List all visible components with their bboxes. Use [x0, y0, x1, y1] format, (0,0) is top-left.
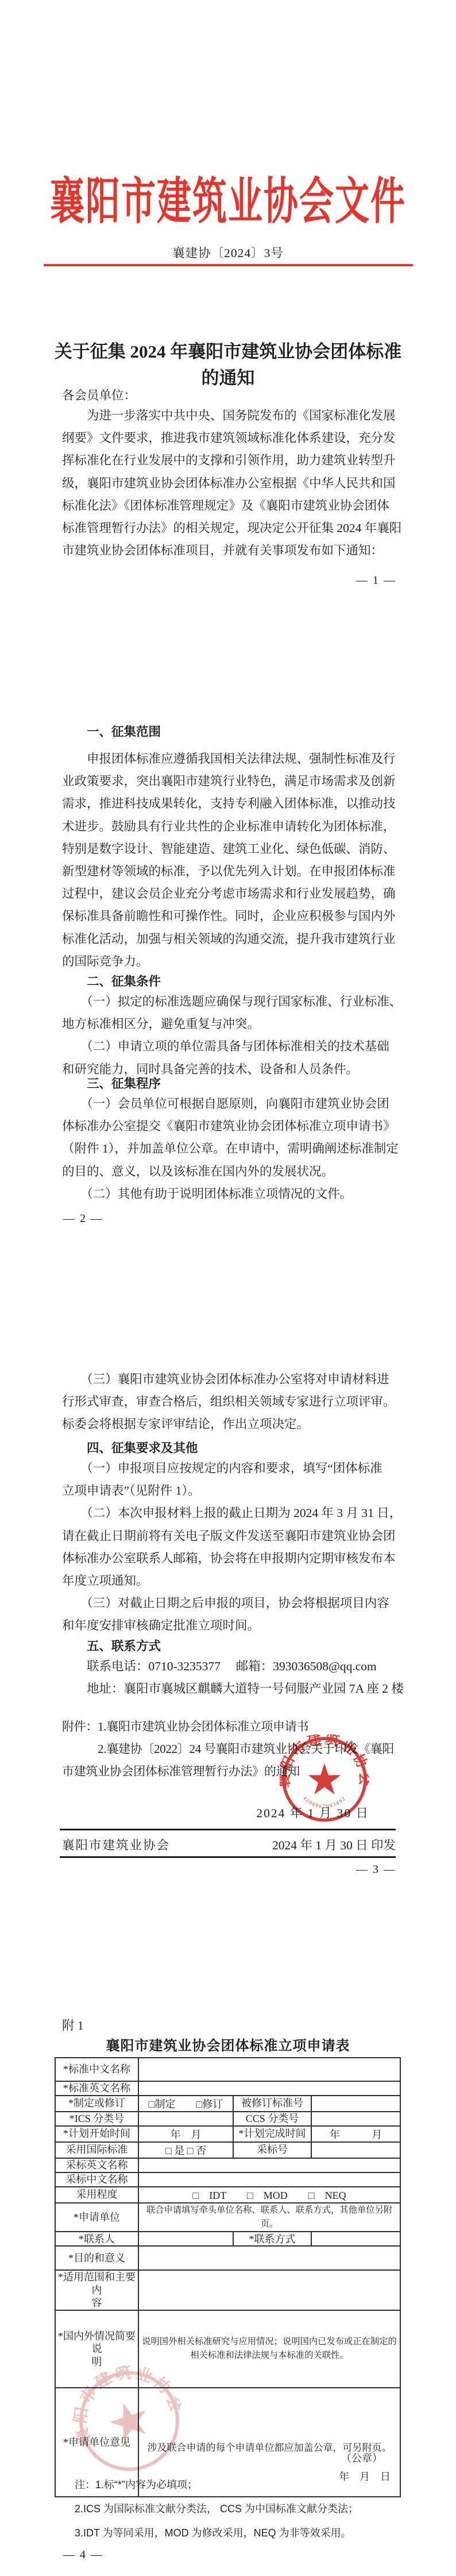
seal-placeholder: （公章）	[341, 2450, 382, 2465]
cell-cn-name-value	[138, 2058, 400, 2081]
text-line: 新型建材等领域的标准，予以优先列入计划。在申报团体标准	[62, 860, 407, 883]
text-line: 申报团体标准应遵循我国相关法律法规、强制性标准及行	[62, 748, 407, 770]
cell-adopt-cn-value	[138, 2172, 400, 2187]
row-ics-ccs: *ICS 分类号 CCS 分类号	[55, 2112, 400, 2126]
cell-intl-label: 采用国际标准	[55, 2142, 138, 2158]
cell-adopt-en-value	[138, 2158, 400, 2172]
text-line: 市建筑业协会团体标准项目，并就有关事项发布如下通知：	[62, 540, 407, 562]
section-5-heading: 五、联系方式	[87, 1636, 161, 1654]
cell-en-name-value	[138, 2081, 400, 2096]
text-line: 请在截止日期前将有关电子版文件发送至襄阳市建筑业协会团	[62, 1525, 407, 1547]
text-line: 为进一步落实中共中央、国务院发布的《国家标准化发展	[62, 405, 407, 427]
row-draft-or-revise: *制定或修订 □制定 □修订 被修订标准号	[55, 2096, 400, 2112]
cell-domestic-note: 说明国外相关标准研究与应用情况；说明国内已发布或正在制定的 相关标准和法律法规与…	[138, 2310, 400, 2388]
cell-adopt-en-label: 采标英文名称	[55, 2158, 138, 2172]
footnote-line: 注：1.标“*”内容为必填项；	[75, 2473, 358, 2497]
cell-start-label: *计划开始时间	[55, 2126, 138, 2142]
text-line: 挥标准化在行业发展中的支撑和引领作用，助力建筑业转型升	[62, 449, 407, 472]
cell-en-name-label: *标准英文名称	[55, 2081, 138, 2096]
text-line: 体标准办公室联系人邮箱，协会将在申报期内定期审核发布本	[62, 1547, 407, 1570]
form-title: 襄阳市建筑业协会团体标准立项申请表	[0, 2034, 456, 2054]
text-line: （一）会员单位可根据自愿原则，向襄阳市建筑业协会团	[62, 1093, 407, 1115]
stamp-code-text: 4206067093492	[302, 1795, 347, 1810]
cell-scope-value	[138, 2270, 400, 2310]
row-en-name: *标准英文名称	[55, 2081, 400, 2096]
text-line: （二）本次申报材料上报的截止日期为 2024 年 3 月 31 日，	[62, 1502, 407, 1524]
text-line: 和年度安排审核确定批准立项时间。	[62, 1615, 407, 1637]
colophon-issue-info: 2024 年 1 月 30 日 印发	[60, 1836, 396, 1853]
cell-purpose-value	[138, 2246, 400, 2270]
faint-stamp-star-icon	[105, 2397, 153, 2443]
document-title: 关于征集 2024 年襄阳市建筑业协会团体标准 的通知	[0, 339, 456, 391]
row-applicant: *申请单位 联合申请填写牵头单位名称、联系人、联系方式，其他单位另附页。	[55, 2203, 400, 2232]
cell-applicant-note: 联合申请填写牵头单位名称、联系人、联系方式，其他单位另附页。	[138, 2203, 400, 2232]
form-footnotes: 注：1.标“*”内容为必填项；2.ICS 为国际标准文献分类法， CCS 为中国…	[75, 2473, 358, 2545]
text-line: 需求，推进科技成果转化，支持专利融入团体标准，以推动技	[62, 793, 407, 815]
document-title-line1: 关于征集 2024 年襄阳市建筑业协会团体标准	[0, 339, 456, 365]
section-2-body: （一）拟定的标准选题应确保与现行国家标准、行业标准、地方标准相区分，避免重复与冲…	[62, 991, 407, 1081]
cell-draft-label: *制定或修订	[55, 2096, 138, 2112]
text-line: 业政策要求，突出襄阳市建筑行业特色，满足市场需求及创新	[62, 770, 407, 793]
text-line: 标准管理暂行办法》的相关规定，现决定公开征集 2024 年襄阳	[62, 517, 407, 540]
text-line: （附件 1），并加盖单位公章。在申请中，需明确阐述标准制定	[62, 1138, 407, 1160]
text-line: 的目的、意义，以及该标准在国内外的发展状况。	[62, 1161, 407, 1183]
letterhead-org-title: 襄阳市建筑业协会文件	[0, 162, 456, 234]
cell-draft-options: □制定 □修订	[138, 2096, 233, 2112]
cell-applicant-label: *申请单位	[55, 2203, 138, 2232]
cell-degree-options: □ IDT □ MOD □ NEQ	[138, 2187, 400, 2203]
row-contact: *联系人 *联系方式	[55, 2232, 400, 2246]
cell-intl-options: □ 是 □ 否	[138, 2142, 233, 2158]
text-line: 的国际竞争力。	[62, 951, 407, 973]
footnote-line: 3.IDT 为等同采用，MOD 为修改采用，NEQ 为非等效采用。	[75, 2521, 358, 2545]
text-line: 立项申请表”（见附件 1）。	[62, 1480, 407, 1502]
cell-contact-label: *联系人	[55, 2232, 138, 2246]
cell-finish-label: *计划完成时间	[233, 2126, 311, 2142]
cell-ics-label: *ICS 分类号	[55, 2112, 138, 2126]
page-number-1: — 1 —	[287, 574, 396, 587]
cell-start-value: 年 月	[138, 2126, 233, 2142]
cell-scope-label: *适用范围和主要内 容	[55, 2270, 138, 2310]
section-4-heading: 四、征集要求及其他	[87, 1438, 198, 1456]
section-3-body-page3: （三）襄阳市建筑业协会团体标准办公室将对申请材料进行形式审查，审查合格后，组织相…	[62, 1368, 407, 1436]
text-line: 纲要》文件要求，推进我市建筑领域标准化体系建设，充分发	[62, 427, 407, 449]
text-line: （二）其他有助于说明团体标准立项情况的文件。	[62, 1183, 407, 1205]
text-line: 保标准具备前瞻性和可操作性。同时，企业应积极参与国内外	[62, 905, 407, 928]
attachment-1-label: 附 1	[62, 2016, 84, 2034]
cell-contact-method-label: *联系方式	[233, 2232, 311, 2246]
footnote-line: 2.ICS 为国际标准文献分类法， CCS 为中国标准文献分类法；	[75, 2497, 358, 2521]
cell-intl-no-label: 采标号	[233, 2142, 311, 2158]
cell-intl-no-value	[311, 2142, 400, 2158]
text-line: 地方标准相区分，避免重复与冲突。	[62, 1013, 407, 1035]
section-3-body-page2: （一）会员单位可根据自愿原则，向襄阳市建筑业协会团体标准办公室提交《襄阳市建筑业…	[62, 1093, 407, 1205]
text-line: 级，襄阳市建筑业协会团体标准办公室根据《中华人民共和国	[62, 472, 407, 495]
text-line: 标准化法》《团体标准管理规定》及《襄阳市建筑业协会团体	[62, 495, 407, 517]
text-line: 术进步。鼓励具有行业共性的企业标准申请转化为团体标准，	[62, 816, 407, 838]
text-line: 地址：襄阳市襄城区麒麟大道特一号伺服产业园 7A 座 2 楼	[62, 1678, 407, 1700]
cell-adopt-cn-label: 采标中文名称	[55, 2172, 138, 2187]
cell-ccs-label: CCS 分类号	[233, 2112, 311, 2126]
colophon-rule-bottom	[60, 1856, 396, 1858]
row-plan-dates: *计划开始时间 年 月 *计划完成时间 年 月	[55, 2126, 400, 2142]
text-line: 行形式审查，审查合格后，组织相关领域专家进行立项评审。	[62, 1391, 407, 1413]
finish-year-label: 年	[330, 2127, 340, 2142]
document-number: 襄建协〔2024〕3号	[0, 243, 456, 261]
cell-ics-value	[138, 2112, 233, 2126]
cell-contact-value	[138, 2232, 233, 2246]
page-number-4: — 4 —	[63, 2548, 103, 2562]
text-line: （二）申请立项的单位需具备与团体标准相关的技术基础	[62, 1035, 407, 1058]
section-5-contact: 联系电话：0710-3235377 邮箱：393036508@qq.com 地址…	[62, 1655, 407, 1700]
stamp-star-icon	[308, 1763, 341, 1794]
colophon-rule-top	[60, 1829, 396, 1830]
cell-contact-method-value	[311, 2232, 400, 2246]
section-1-heading: 一、征集范围	[87, 722, 161, 740]
text-line: 年度立项通知。	[62, 1570, 407, 1592]
section-1-body: 申报团体标准应遵循我国相关法律法规、强制性标准及行业政策要求，突出襄阳市建筑行业…	[62, 748, 407, 973]
text-line: （一）申报项目应按规定的内容和要求，填写“团体标准	[62, 1457, 407, 1480]
text-line: （三）对截止日期之后申报的项目，协会将根据项目内容	[62, 1592, 407, 1615]
row-scope: *适用范围和主要内 容	[55, 2270, 400, 2310]
salutation: 各会员单位：	[62, 386, 136, 404]
row-purpose: *目的和意义	[55, 2246, 400, 2270]
row-adopt-en: 采标英文名称	[55, 2158, 400, 2172]
intro-paragraph: 为进一步落实中共中央、国务院发布的《国家标准化发展纲要》文件要求，推进我市建筑领…	[62, 405, 407, 562]
text-line: （一）拟定的标准选题应确保与现行国家标准、行业标准、	[62, 991, 407, 1013]
section-3-heading: 三、征集程序	[87, 1074, 161, 1092]
cell-finish-value: 年 月	[311, 2126, 400, 2142]
page-number-3: — 3 —	[287, 1863, 396, 1876]
official-seal-stamp: 襄阳市建筑业协会 4206067093492	[280, 1735, 369, 1824]
section-4-body: （一）申报项目应按规定的内容和要求，填写“团体标准立项申请表”（见附件 1）。 …	[62, 1457, 407, 1638]
cell-purpose-label: *目的和意义	[55, 2246, 138, 2270]
cell-ccs-value	[311, 2112, 400, 2126]
text-line: 体标准办公室提交《襄阳市建筑业协会团体标准立项申请书》	[62, 1115, 407, 1138]
text-line: 联系电话：0710-3235377 邮箱：393036508@qq.com	[62, 1655, 407, 1678]
svg-text:4206067093492: 4206067093492	[302, 1795, 347, 1810]
page-number-2: — 2 —	[63, 1212, 103, 1225]
finish-month-label: 月	[372, 2127, 382, 2142]
text-line: （三）襄阳市建筑业协会团体标准办公室将对申请材料进	[62, 1368, 407, 1391]
red-separator-rule	[44, 264, 413, 266]
cell-revised-no-label: 被修订标准号	[233, 2096, 311, 2112]
text-line: 标委会将根据专家评审结论，作出立项决定。	[62, 1413, 407, 1436]
section-2-heading: 二、征集条件	[87, 972, 161, 990]
text-line: 标准化活动，加强与相关领域的沟通交流，提升我市建筑行业	[62, 928, 407, 951]
row-intl-standard: 采用国际标准 □ 是 □ 否 采标号	[55, 2142, 400, 2158]
row-degree: 采用程度 □ IDT □ MOD □ NEQ	[55, 2187, 400, 2203]
cell-degree-label: 采用程度	[55, 2187, 138, 2203]
row-cn-name: *标准中文名称	[55, 2058, 400, 2081]
text-line: 过程中，建议会员企业充分考虑市场需求和行业发展趋势，确	[62, 883, 407, 905]
scanned-document-page: 襄阳市建筑业协会文件 襄建协〔2024〕3号 关于征集 2024 年襄阳市建筑业…	[0, 0, 456, 2576]
row-adopt-cn: 采标中文名称	[55, 2172, 400, 2187]
cell-revised-no-value	[311, 2096, 400, 2112]
text-line: 特别是数字设计、智能建造、建筑工业化、绿色低碳、消防、	[62, 838, 407, 860]
cell-cn-name-label: *标准中文名称	[55, 2058, 138, 2081]
